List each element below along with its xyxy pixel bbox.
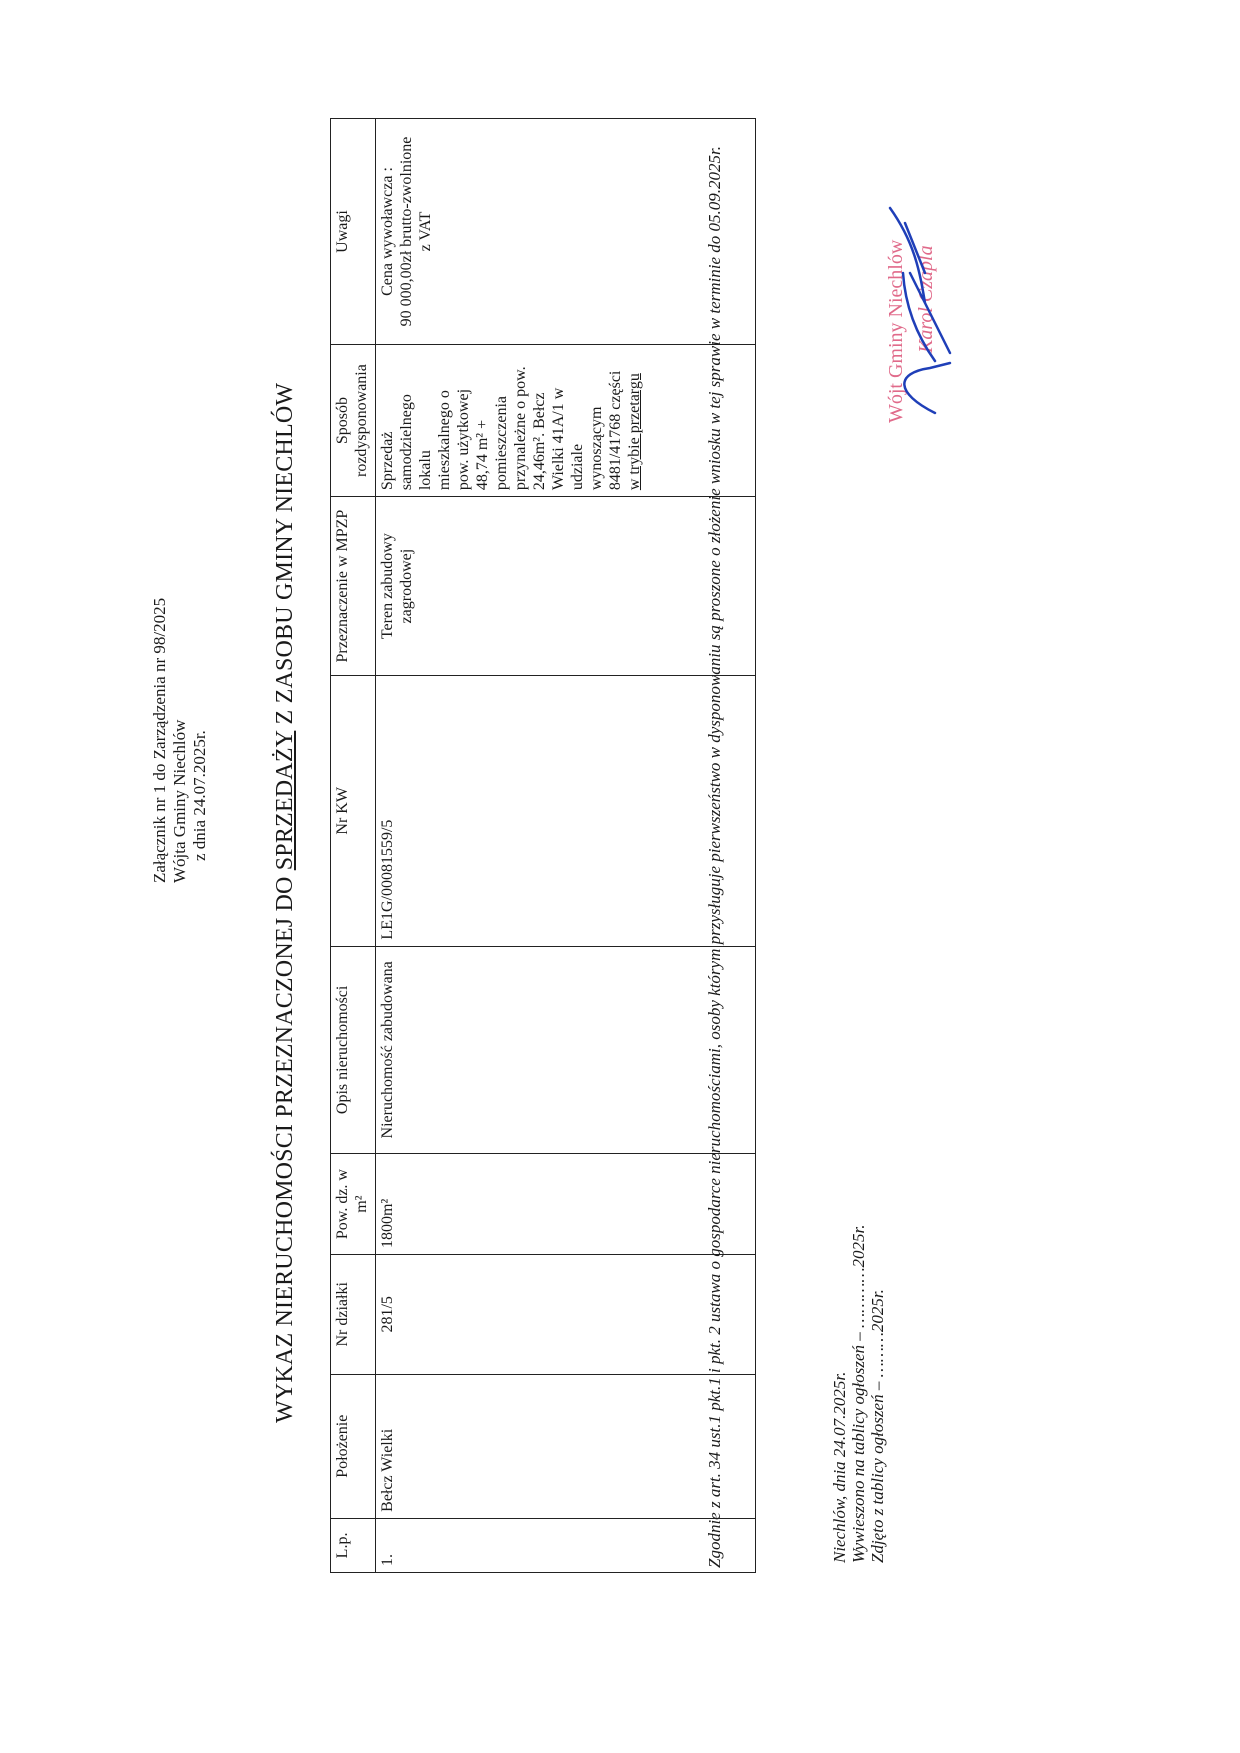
cell-uwagi: Cena wywoławcza :90 000,00zł brutto-zwol… [376,119,756,345]
col-header-lp: L.p. [331,1518,376,1572]
footer-posted: Wywieszono na tablicy ogłoszeń – …………202… [849,1225,868,1563]
cell-sposob: Sprzedażsamodzielnegolokalumieszkalnego … [376,344,756,496]
attachment-line-3: z dnia 24.07.2025r. [190,598,210,883]
title-prefix: WYKAZ NIERUCHOMOŚCI PRZEZNACZONEJ DO [272,870,298,1423]
uwagi-line: z VAT [416,125,435,338]
cell-mpzp: Teren zabudowy zagrodowej [376,497,756,676]
sposob-line: samodzielnego [397,351,416,490]
sposob-line: lokalu [416,351,435,490]
document-title: WYKAZ NIERUCHOMOŚCI PRZEZNACZONEJ DO SPR… [272,383,299,1423]
sposob-line: pomieszczenia [492,351,511,490]
sposob-line: Wielki 41A/1 w [549,351,568,490]
col-header-nr-dzialki: Nr działki [331,1255,376,1375]
uwagi-line: 90 000,00zł brutto-zwolnione [397,125,416,338]
attachment-line-1: Załącznik nr 1 do Zarządzenia nr 98/2025 [150,598,170,883]
table-header-row: L.p. Położenie Nr działki Pow. dz. w m² … [331,119,376,1573]
priority-note: Zgodnie z art. 34 ust.1 pkt.1 i pkt. 2 u… [705,98,725,1568]
uwagi-line: Cena wywoławcza : [378,125,397,338]
footer-place-date: Niechlów, dnia 24.07.2025r. [830,1225,849,1563]
col-header-sposob: Sposób rozdysponowania [331,344,376,496]
col-header-polozenie: Położenie [331,1374,376,1518]
sposob-line: przynależne o pow. [511,351,530,490]
cell-lp: 1. [376,1518,756,1572]
col-header-uwagi: Uwagi [331,119,376,345]
col-header-mpzp: Przeznaczenie w MPZP [331,497,376,676]
cell-powierzchnia: 1800m² [376,1154,756,1255]
sposob-line: mieszkalnego o [435,351,454,490]
cell-polozenie: Bełcz Wielki [376,1374,756,1518]
cell-nr-dzialki: 281/5 [376,1255,756,1375]
sposob-line: wynoszącym [587,351,606,490]
sposob-line: 48,74 m² + [473,351,492,490]
col-header-nr-kw: Nr KW [331,676,376,947]
attachment-header: Załącznik nr 1 do Zarządzenia nr 98/2025… [150,598,210,883]
cell-opis: Nieruchomość zabudowana [376,946,756,1154]
sposob-line: Sprzedaż [378,351,397,490]
col-header-opis: Opis nieruchomości [331,946,376,1154]
cell-nr-kw: LE1G/00081559/5 [376,676,756,947]
table-row: 1. Bełcz Wielki 281/5 1800m² Nieruchomoś… [376,119,756,1573]
title-suffix: Z ZASOBU GMINY NIECHLÓW [272,383,298,731]
sposob-line: 24,46m². Bełcz [530,351,549,490]
footer-removed: Zdjęto z tablicy ogłoszeń – ………2025r. [868,1225,887,1563]
signature-icon [875,183,975,423]
sposob-line: 8481/41768 części [606,351,625,490]
property-table: L.p. Położenie Nr działki Pow. dz. w m² … [330,118,756,1573]
footer-block: Niechlów, dnia 24.07.2025r. Wywieszono n… [830,1225,887,1563]
sposob-line: w trybie przetargu [625,351,644,490]
mayor-stamp: Wójt Gminy Niechlów Karol Czapla [885,183,975,423]
sposob-line: pow. użytkowej [454,351,473,490]
title-underlined: SPRZEDAŻY [272,731,298,871]
sposob-line: udziale [568,351,587,490]
document-page: Załącznik nr 1 do Zarządzenia nr 98/2025… [0,0,1240,1753]
attachment-line-2: Wójta Gminy Niechlów [170,598,190,883]
col-header-powierzchnia: Pow. dz. w m² [331,1154,376,1255]
